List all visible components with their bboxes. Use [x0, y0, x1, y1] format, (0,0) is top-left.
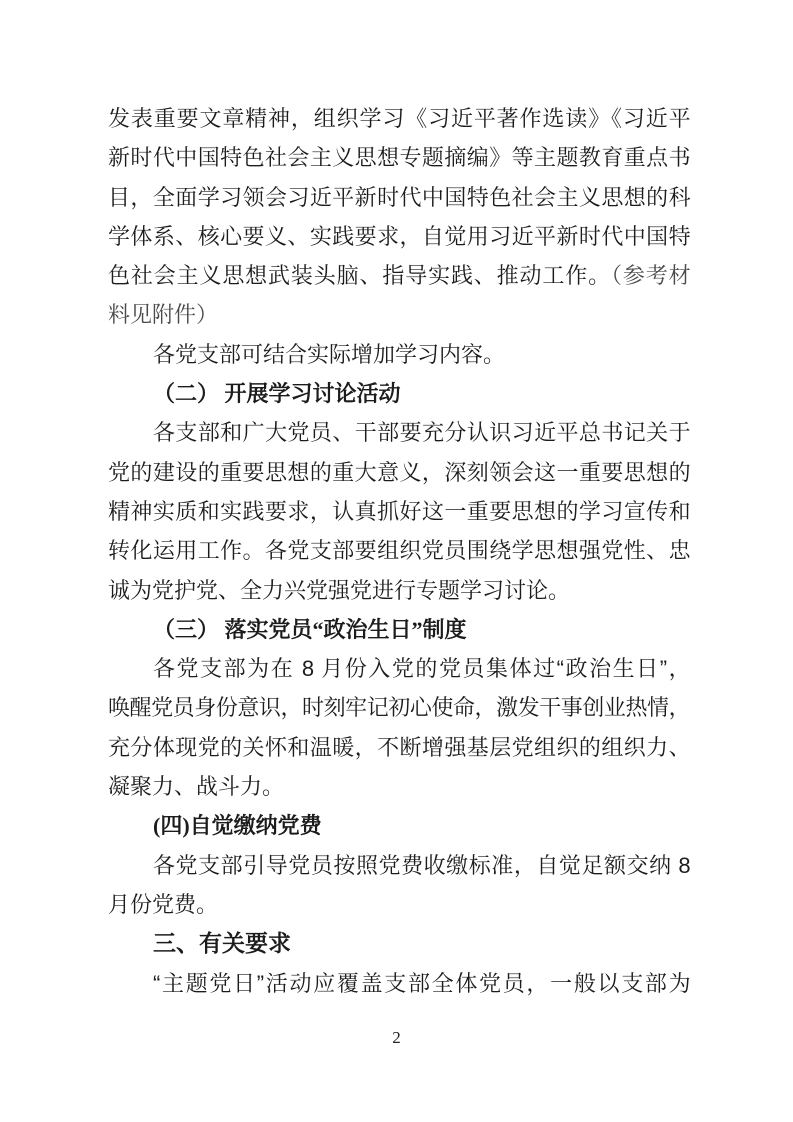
- text-line: 党的建设的重要思想的重大意义，深刻领会这一重要思想的: [108, 453, 690, 492]
- line-text: 各党支部为在 8 月份入党的党员集体过“政治生日”，: [153, 656, 690, 681]
- line-text: 精神实质和实践要求，认真抓好这一重要思想的学习宣传和: [108, 499, 690, 524]
- text-line: 诚为党护党、全力兴党强党进行专题学习讨论。: [108, 571, 690, 610]
- line-text: 唤醒党员身份意识，时刻牢记初心使命，激发干事创业热情，: [108, 695, 690, 720]
- page-number: 2: [392, 1028, 401, 1047]
- line-text: “主题党日”活动应覆盖支部全体党员，一般以支部为: [153, 971, 690, 996]
- line-text: 三、有关要求: [153, 930, 291, 956]
- line-text: 学体系、核心要义、实践要求，自觉用习近平新时代中国特: [108, 224, 690, 249]
- text-line: 凝聚力、战斗力。: [108, 767, 690, 806]
- text-line: 唤醒党员身份意识，时刻牢记初心使命，激发干事创业热情，: [108, 688, 690, 727]
- text-line: 发表重要文章精神，组织学习《习近平著作选读》《习近平: [108, 99, 690, 138]
- document-page: { "document": { "lines": [ {"style":"bod…: [0, 0, 793, 1122]
- text-line: 料见附件）: [108, 295, 690, 334]
- line-text: 月份党费。: [108, 892, 218, 917]
- reference-note-text: （参考材: [611, 263, 690, 288]
- heading-line: （二） 开展学习讨论活动: [108, 374, 690, 413]
- line-text: 诚为党护党、全力兴党强党进行专题学习讨论。: [108, 578, 570, 603]
- line-text: 党的建设的重要思想的重大意义，深刻领会这一重要思想的: [108, 460, 690, 485]
- text-line: 色社会主义思想武装头脑、指导实践、推动工作。（参考材: [108, 256, 690, 295]
- text-line: 新时代中国特色社会主义思想专题摘编》等主题教育重点书: [108, 138, 690, 177]
- heading-line: 三、有关要求: [108, 924, 690, 963]
- line-text: （二） 开展学习讨论活动: [153, 381, 401, 406]
- text-line: 精神实质和实践要求，认真抓好这一重要思想的学习宣传和: [108, 492, 690, 531]
- heading-line: （三） 落实党员“政治生日”制度: [108, 610, 690, 649]
- line-text: 色社会主义思想武装头脑、指导实践、推动工作。: [108, 263, 611, 288]
- text-line: 月份党费。: [108, 885, 690, 924]
- line-text: (四)自觉缴纳党费: [153, 813, 322, 838]
- line-text: 目，全面学习领会习近平新时代中国特色社会主义思想的科: [108, 185, 690, 210]
- line-text: 新时代中国特色社会主义思想专题摘编》等主题教育重点书: [108, 145, 690, 170]
- text-line: 各支部和广大党员、干部要充分认识习近平总书记关于: [108, 413, 690, 452]
- line-text: 充分体现党的关怀和温暖，不断增强基层党组织的组织力、: [108, 735, 690, 760]
- line-text: 各党支部可结合实际增加学习内容。: [153, 342, 505, 367]
- text-line: “主题党日”活动应覆盖支部全体党员，一般以支部为: [108, 964, 690, 1003]
- line-text: （三） 落实党员“政治生日”制度: [153, 617, 467, 642]
- text-line: 各党支部为在 8 月份入党的党员集体过“政治生日”，: [108, 649, 690, 688]
- line-text: 料见附件）: [108, 302, 218, 327]
- line-text: 各支部和广大党员、干部要充分认识习近平总书记关于: [153, 420, 690, 445]
- line-text: 各党支部引导党员按照党费收缴标准，自觉足额交纳 8: [153, 853, 690, 878]
- text-line: 充分体现党的关怀和温暖，不断增强基层党组织的组织力、: [108, 728, 690, 767]
- line-text: 转化运用工作。各党支部要组织党员围绕学思想强党性、忠: [108, 538, 690, 563]
- heading-line: (四)自觉缴纳党费: [108, 806, 690, 845]
- document-body: 发表重要文章精神，组织学习《习近平著作选读》《习近平新时代中国特色社会主义思想专…: [108, 99, 690, 1003]
- line-text: 发表重要文章精神，组织学习《习近平著作选读》《习近平: [108, 106, 690, 131]
- line-text: 凝聚力、战斗力。: [108, 774, 284, 799]
- text-line: 转化运用工作。各党支部要组织党员围绕学思想强党性、忠: [108, 531, 690, 570]
- text-line: 各党支部引导党员按照党费收缴标准，自觉足额交纳 8: [108, 846, 690, 885]
- page-footer: 2: [0, 1028, 793, 1048]
- text-line: 各党支部可结合实际增加学习内容。: [108, 335, 690, 374]
- text-line: 学体系、核心要义、实践要求，自觉用习近平新时代中国特: [108, 217, 690, 256]
- text-line: 目，全面学习领会习近平新时代中国特色社会主义思想的科: [108, 178, 690, 217]
